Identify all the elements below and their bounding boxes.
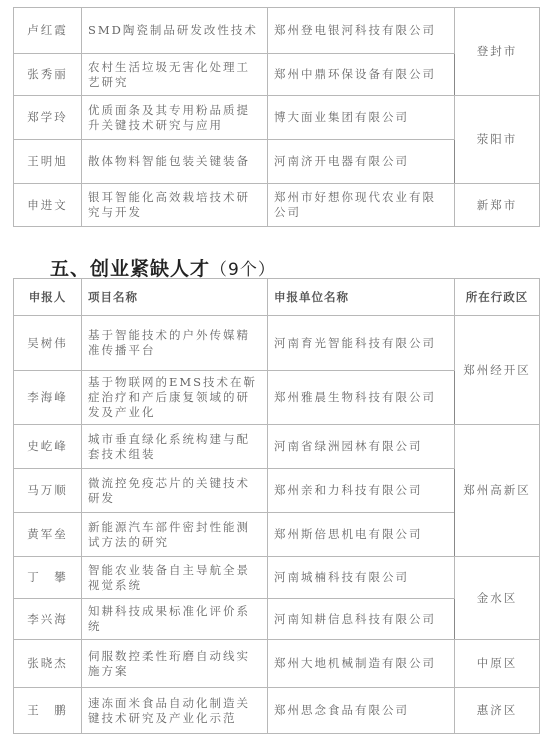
organization-name: 河南省绿洲园林有限公司: [268, 425, 455, 469]
applicant-name: 丁 攀: [14, 557, 82, 599]
section-heading: 五、创业紧缺人才（9个）: [50, 254, 276, 281]
region: 登封市: [455, 8, 540, 96]
header-project: 项目名称: [82, 279, 268, 316]
region: 新郑市: [455, 184, 540, 227]
applicant-name: 卢红霞: [14, 8, 82, 54]
project-name: 散体物料智能包装关键装备: [82, 140, 268, 184]
table-row: 丁 攀 智能农业装备自主导航全景视觉系统 河南城楠科技有限公司 金水区: [14, 557, 540, 599]
applicant-name: 马万顺: [14, 469, 82, 513]
region: 中原区: [455, 640, 540, 688]
applicant-name: 吴树伟: [14, 316, 82, 371]
header-organization: 申报单位名称: [268, 279, 455, 316]
talent-table-continued: 卢红霞 SMD陶瓷制品研发改性技术 郑州登电银河科技有限公司 登封市 张秀丽 农…: [13, 7, 540, 227]
project-name: 微流控免疫芯片的关键技术研发: [82, 469, 268, 513]
project-name: 知耕科技成果标准化评价系统: [82, 599, 268, 640]
project-name: 银耳智能化高效栽培技术研究与开发: [82, 184, 268, 227]
organization-name: 郑州大地机械制造有限公司: [268, 640, 455, 688]
organization-name: 郑州中鼎环保设备有限公司: [268, 54, 455, 96]
entrepreneurial-talent-table: 申报人 项目名称 申报单位名称 所在行政区 吴树伟 基于智能技术的户外传媒精准传…: [13, 278, 540, 734]
applicant-name: 李兴海: [14, 599, 82, 640]
applicant-name: 申进文: [14, 184, 82, 227]
project-name: 基于智能技术的户外传媒精准传播平台: [82, 316, 268, 371]
organization-name: 博大面业集团有限公司: [268, 96, 455, 140]
organization-name: 郑州思念食品有限公司: [268, 688, 455, 734]
project-name: SMD陶瓷制品研发改性技术: [82, 8, 268, 54]
applicant-name: 李海峰: [14, 371, 82, 425]
table-row: 郑学玲 优质面条及其专用粉品质提升关键技术研究与应用 博大面业集团有限公司 荥阳…: [14, 96, 540, 140]
project-name: 基于物联网的EMS技术在靳症治疗和产后康复领域的研发及产业化: [82, 371, 268, 425]
region: 金水区: [455, 557, 540, 640]
section-count: （9个）: [210, 260, 276, 280]
applicant-name: 王明旭: [14, 140, 82, 184]
project-name: 伺服数控柔性珩磨自动线实施方案: [82, 640, 268, 688]
project-name: 新能源汽车部件密封性能测试方法的研究: [82, 513, 268, 557]
project-name: 速冻面米食品自动化制造关键技术研究及产业化示范: [82, 688, 268, 734]
project-name: 智能农业装备自主导航全景视觉系统: [82, 557, 268, 599]
project-name: 城市垂直绿化系统构建与配套技术组装: [82, 425, 268, 469]
applicant-name: 张晓杰: [14, 640, 82, 688]
table-row: 张晓杰 伺服数控柔性珩磨自动线实施方案 郑州大地机械制造有限公司 中原区: [14, 640, 540, 688]
table-row: 史屹峰 城市垂直绿化系统构建与配套技术组装 河南省绿洲园林有限公司 郑州高新区: [14, 425, 540, 469]
organization-name: 河南城楠科技有限公司: [268, 557, 455, 599]
applicant-name: 郑学玲: [14, 96, 82, 140]
organization-name: 郑州登电银河科技有限公司: [268, 8, 455, 54]
region: 郑州高新区: [455, 425, 540, 557]
header-region: 所在行政区: [455, 279, 540, 316]
organization-name: 郑州斯倍思机电有限公司: [268, 513, 455, 557]
region: 惠济区: [455, 688, 540, 734]
table-header-row: 申报人 项目名称 申报单位名称 所在行政区: [14, 279, 540, 316]
table-row: 王 鹏 速冻面米食品自动化制造关键技术研究及产业化示范 郑州思念食品有限公司 惠…: [14, 688, 540, 734]
table-row: 卢红霞 SMD陶瓷制品研发改性技术 郑州登电银河科技有限公司 登封市: [14, 8, 540, 54]
organization-name: 郑州雅晨生物科技有限公司: [268, 371, 455, 425]
section-title: 五、创业紧缺人才: [50, 258, 210, 280]
table-row: 申进文 银耳智能化高效栽培技术研究与开发 郑州市好想你现代农业有限公司 新郑市: [14, 184, 540, 227]
organization-name: 郑州市好想你现代农业有限公司: [268, 184, 455, 227]
applicant-name: 史屹峰: [14, 425, 82, 469]
applicant-name: 王 鹏: [14, 688, 82, 734]
applicant-name: 黄军垒: [14, 513, 82, 557]
project-name: 优质面条及其专用粉品质提升关键技术研究与应用: [82, 96, 268, 140]
project-name: 农村生活垃圾无害化处理工艺研究: [82, 54, 268, 96]
header-applicant: 申报人: [14, 279, 82, 316]
region: 郑州经开区: [455, 316, 540, 425]
applicant-name: 张秀丽: [14, 54, 82, 96]
organization-name: 河南济开电器有限公司: [268, 140, 455, 184]
table-row: 吴树伟 基于智能技术的户外传媒精准传播平台 河南育光智能科技有限公司 郑州经开区: [14, 316, 540, 371]
organization-name: 河南育光智能科技有限公司: [268, 316, 455, 371]
region: 荥阳市: [455, 96, 540, 184]
organization-name: 郑州亲和力科技有限公司: [268, 469, 455, 513]
organization-name: 河南知耕信息科技有限公司: [268, 599, 455, 640]
